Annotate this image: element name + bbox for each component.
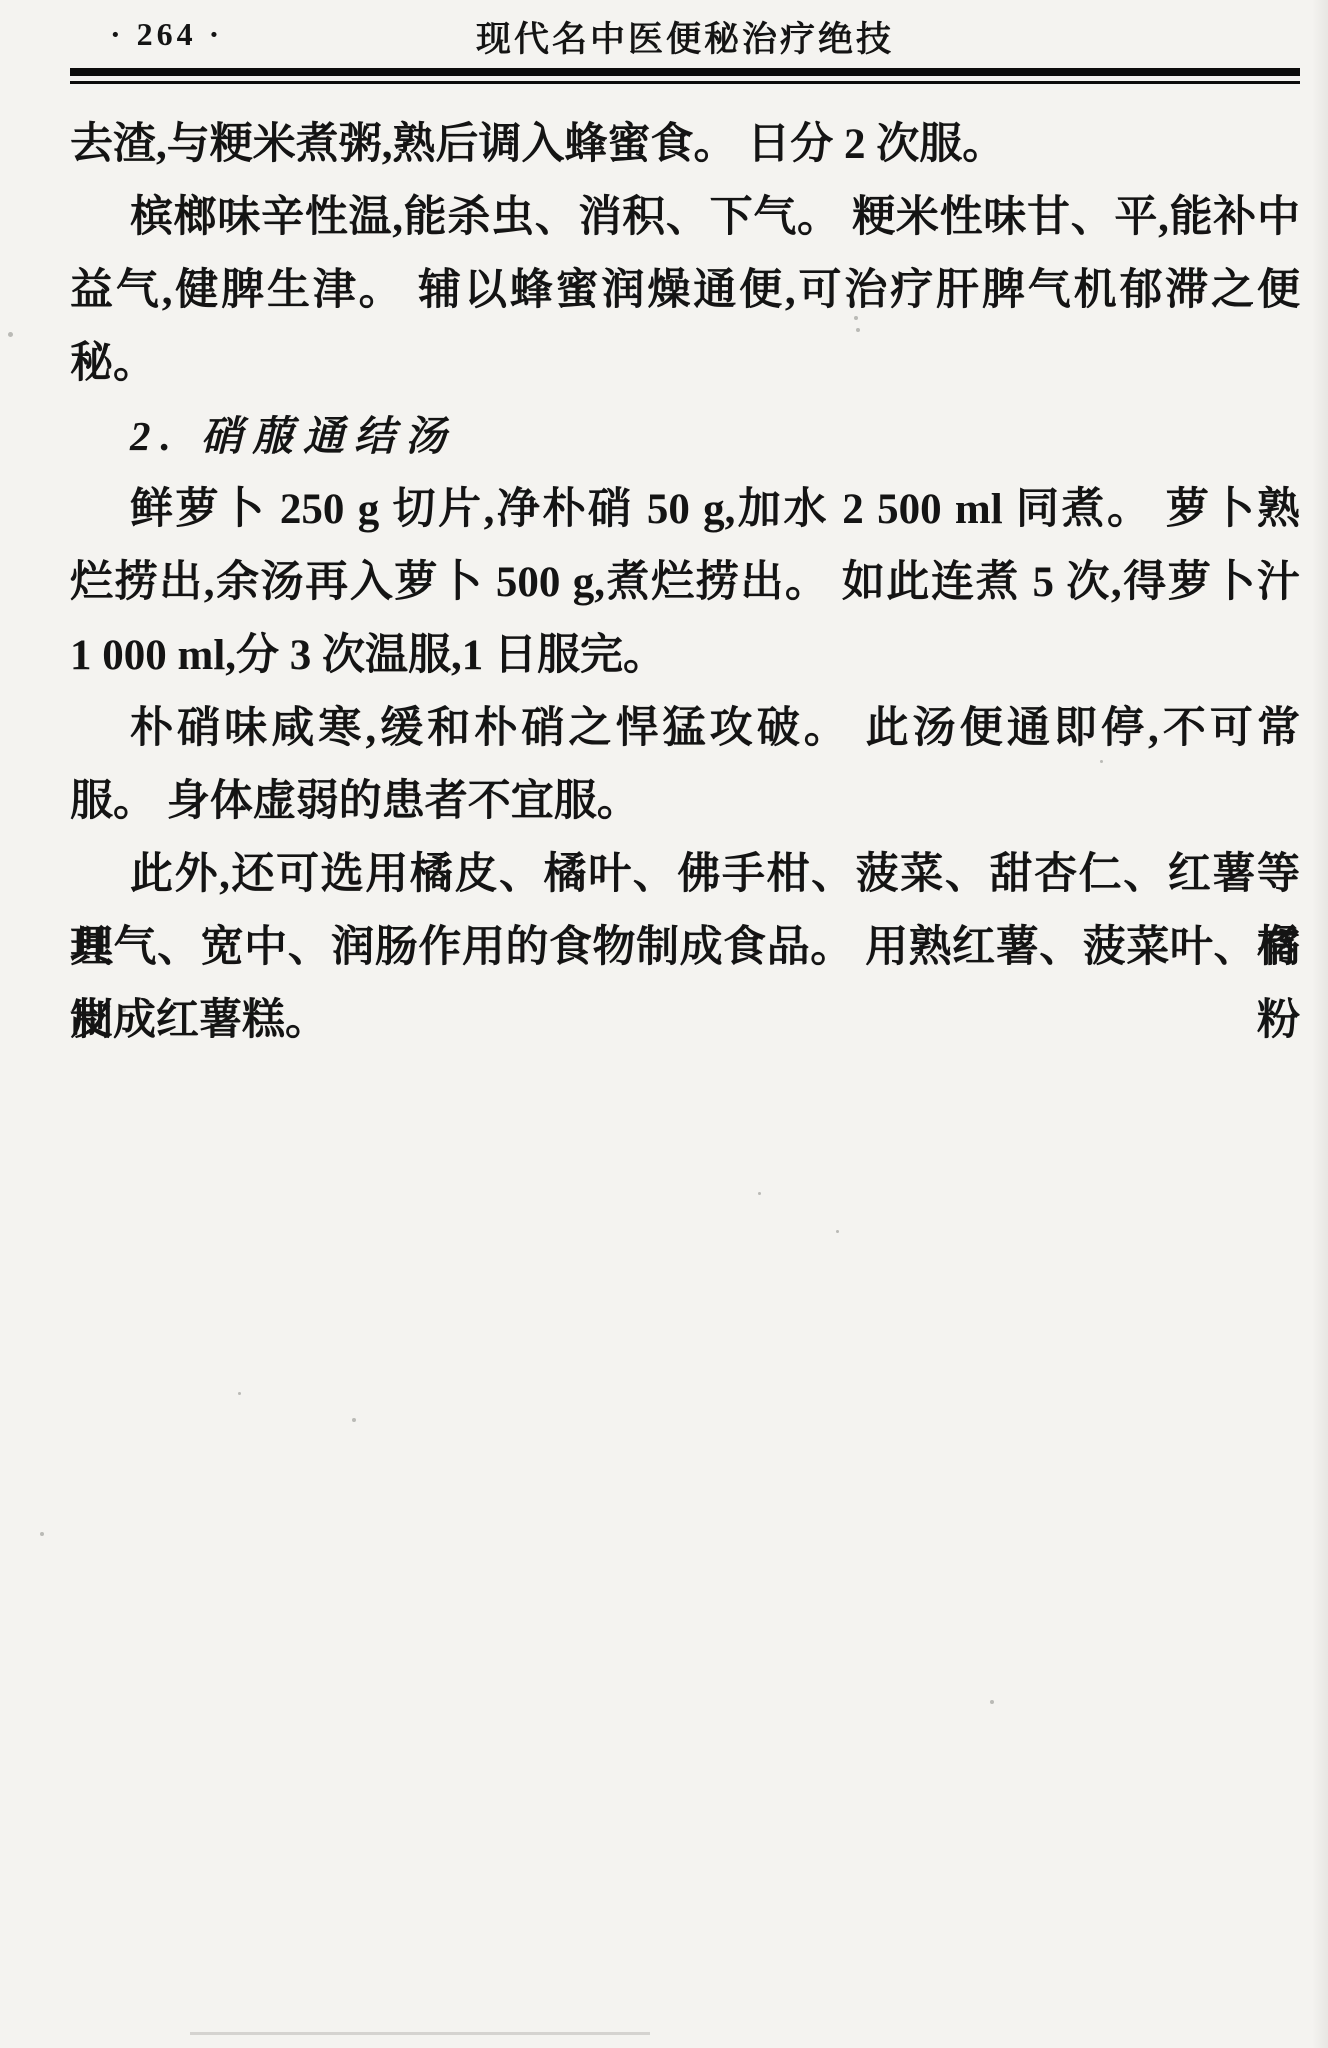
scan-speck [990,1700,994,1704]
book-title: 现代名中医便秘治疗绝技 [70,12,1300,62]
text-line: 理气、宽中、润肠作用的食物制成食品。 用熟红薯、菠菜叶、橘皮粉 [70,911,1300,984]
header-rule-thin [70,81,1300,84]
scan-speck [122,1008,126,1012]
text-line: 槟榔味辛性温,能杀虫、消积、下气。 粳米性味甘、平,能补中 [70,181,1300,254]
text-line: 秘。 [70,327,1300,400]
scan-speck [856,328,860,332]
text-line: 朴硝味咸寒,缓和朴硝之悍猛攻破。 此汤便通即停,不可常 [70,692,1300,765]
scanned-book-page: { "colors": { "ink": "#141414", "paper":… [0,0,1328,2048]
scan-speck [1100,760,1103,763]
text-line: 服。 身体虚弱的患者不宜服。 [70,765,1300,838]
header-rule-thick [70,68,1300,76]
scan-speck [8,332,13,337]
page-header: · 264 · 现代名中医便秘治疗绝技 [70,12,1300,62]
scan-speck [854,316,858,320]
page-content-column: · 264 · 现代名中医便秘治疗绝技 去渣,与粳米煮粥,熟后调入蜂蜜食。 日分… [70,0,1300,1057]
header-double-rule [70,68,1300,84]
scan-speck [40,1532,44,1536]
scan-speck [238,1392,241,1395]
scan-speck [836,1230,839,1233]
page-edge-shading [1312,0,1328,2048]
scan-streak [190,2032,650,2035]
text-line: 益气,健脾生津。 辅以蜂蜜润燥通便,可治疗肝脾气机郁滞之便 [70,254,1300,327]
text-line: 烂捞出,余汤再入萝卜 500 g,煮烂捞出。 如此连煮 5 次,得萝卜汁 [70,546,1300,619]
scan-speck [352,1418,356,1422]
body-text: 去渣,与粳米煮粥,熟后调入蜂蜜食。 日分 2 次服。槟榔味辛性温,能杀虫、消积、… [70,108,1300,1057]
text-line: 去渣,与粳米煮粥,熟后调入蜂蜜食。 日分 2 次服。 [70,108,1300,181]
text-line: 1 000 ml,分 3 次温服,1 日服完。 [70,619,1300,692]
scan-speck [758,1192,761,1195]
section-heading: 2. 硝菔通结汤 [70,400,1300,473]
text-line: 鲜萝卜 250 g 切片,净朴硝 50 g,加水 2 500 ml 同煮。 萝卜… [70,473,1300,546]
text-line: 此外,还可选用橘皮、橘叶、佛手柑、菠菜、甜杏仁、红薯等具有 [70,838,1300,911]
